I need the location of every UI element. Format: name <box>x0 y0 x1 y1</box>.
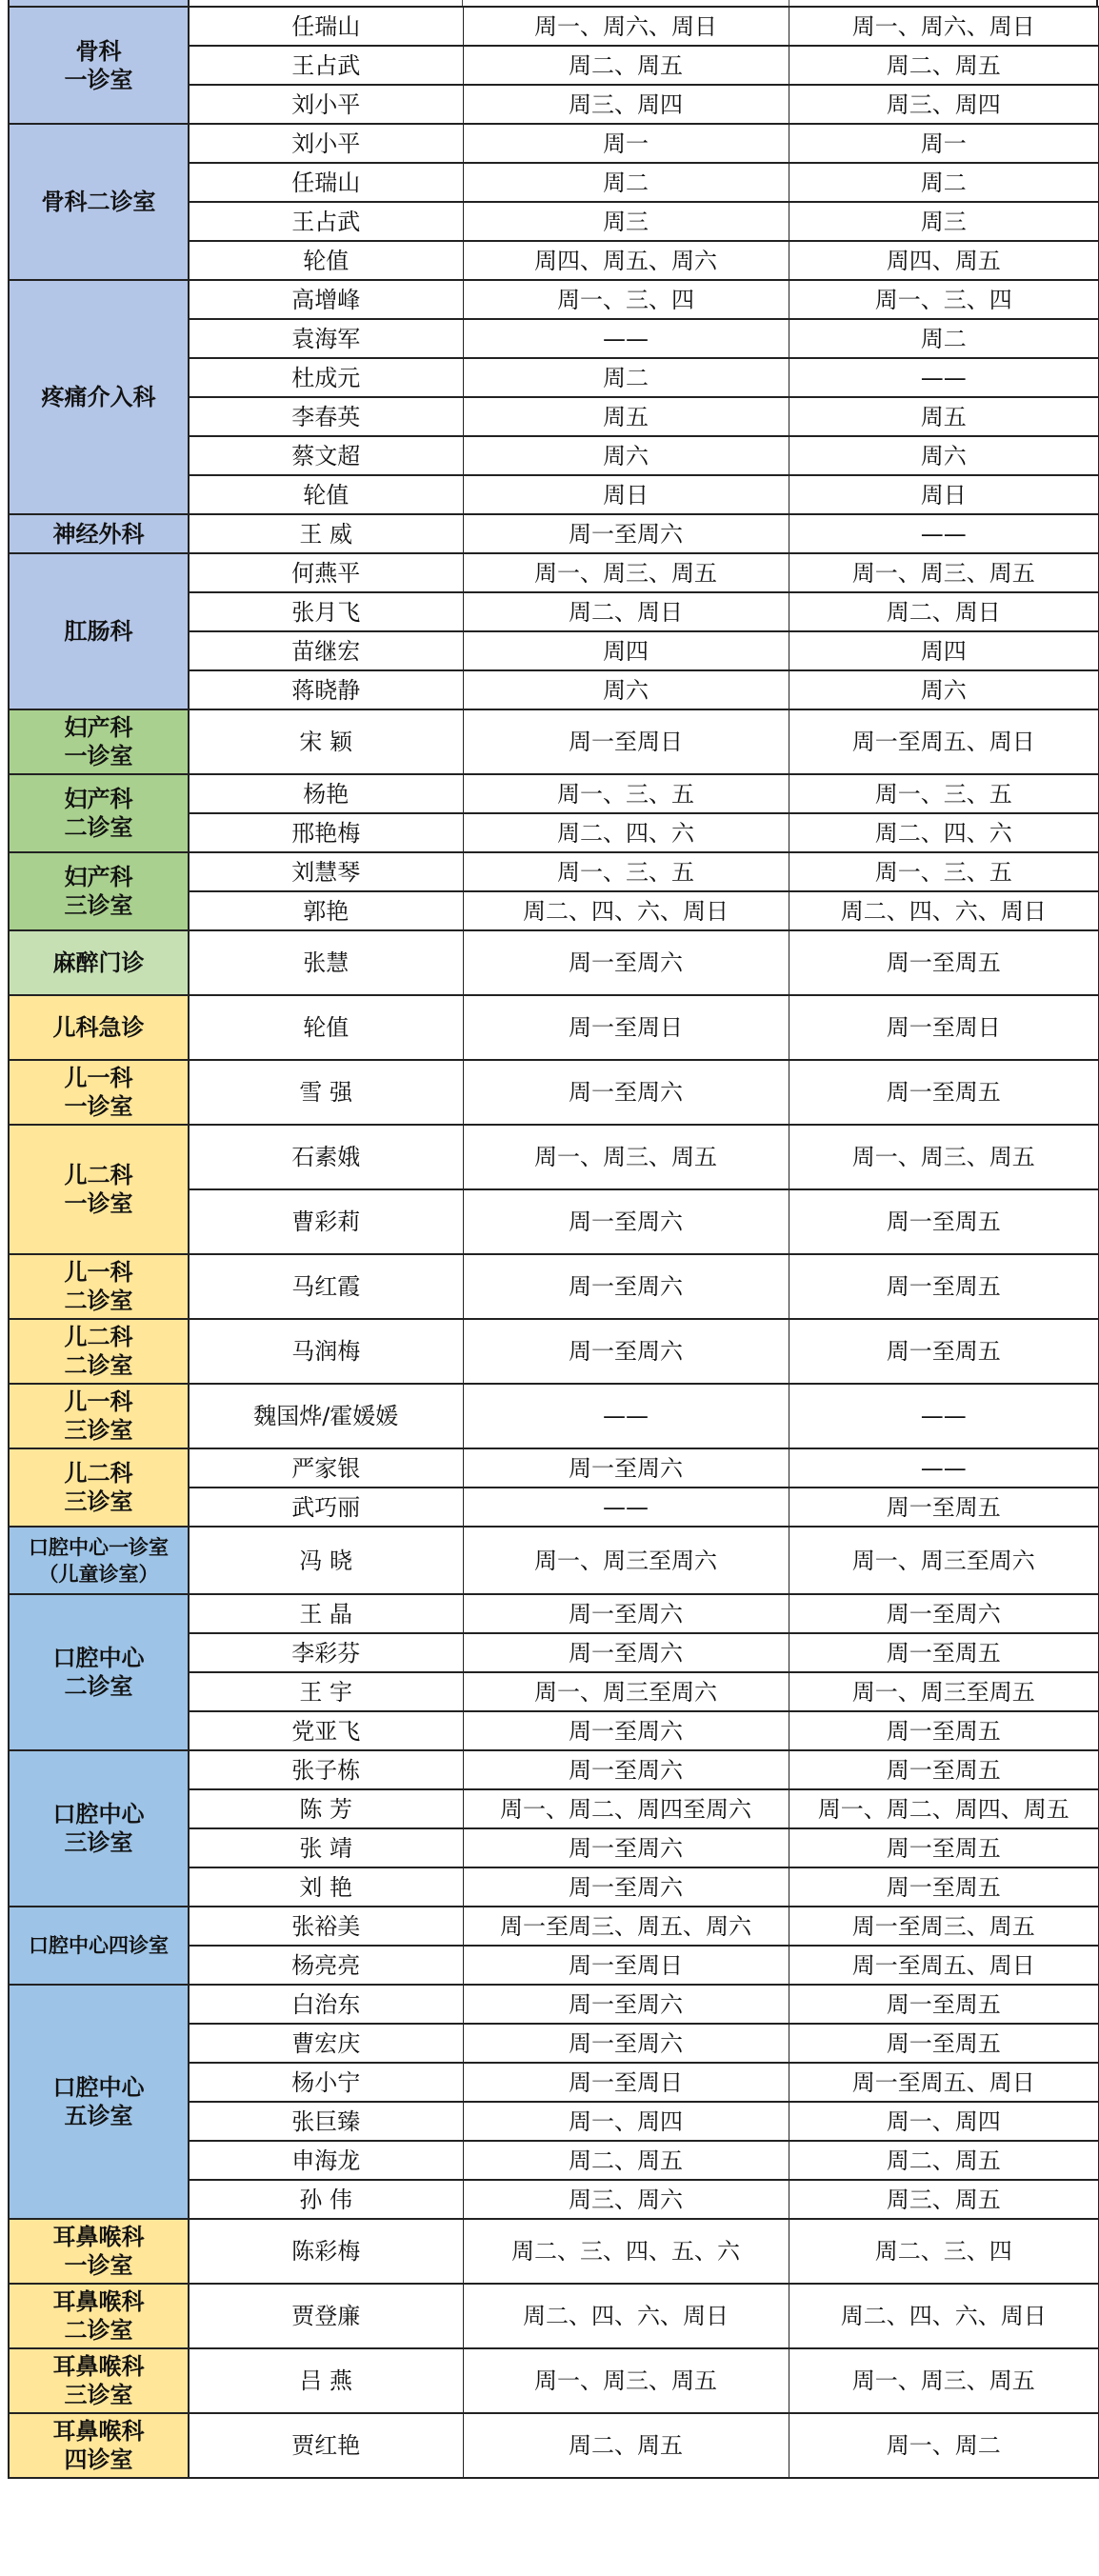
schedule-a-cell: —— <box>463 1488 789 1527</box>
doctor-name-cell: 杨小宁 <box>189 2063 463 2102</box>
schedule-a-cell: 周一、周二、周四至周六 <box>463 1789 789 1828</box>
schedule-a-cell: 周二、周五 <box>463 2141 789 2180</box>
table-row: 耳鼻喉科 一诊室陈彩梅周二、三、四、五、六周二、三、四 <box>9 2219 1099 2284</box>
doctor-name-cell: 郭艳 <box>189 891 463 930</box>
schedule-a-cell: 周二、三、四、五、六 <box>463 2219 789 2284</box>
department-cell: 妇产科 三诊室 <box>9 852 189 930</box>
doctor-name-cell: 贾红艳 <box>189 2413 463 2478</box>
doctor-name-cell: 马润梅 <box>189 1319 463 1384</box>
schedule-b-cell: 周一、周三、周五 <box>789 2348 1099 2413</box>
doctor-name-cell: 刘慧琴 <box>189 852 463 891</box>
schedule-a-cell: 周一至周六 <box>463 1985 789 2024</box>
doctor-name-cell: 王 晶 <box>189 1594 463 1633</box>
department-cell: 儿一科 一诊室 <box>9 1060 189 1125</box>
doctor-name-cell: 王 宇 <box>189 1672 463 1711</box>
schedule-b-cell: 周一、周四 <box>789 2102 1099 2141</box>
schedule-a-cell: 周一至周日 <box>463 709 789 774</box>
schedule-a-cell: 周一至周六 <box>463 1594 789 1633</box>
schedule-b-cell: 周一、周六、周日 <box>789 7 1099 46</box>
doctor-name-cell: 宋 颖 <box>189 709 463 774</box>
table-row: 口腔中心一诊室 （儿童诊室）冯 晓周一、周三至周六周一、周三至周六 <box>9 1527 1099 1594</box>
doctor-name-cell: 蔡文超 <box>189 436 463 475</box>
schedule-a-cell: 周六 <box>463 436 789 475</box>
doctor-name-cell: 王占武 <box>189 202 463 241</box>
schedule-a-cell: 周六 <box>463 670 789 709</box>
schedule-b-cell: 周一至周五、周日 <box>789 1946 1099 1985</box>
department-cell: 儿二科 二诊室 <box>9 1319 189 1384</box>
schedule-a-cell: 周一至周六 <box>463 930 789 995</box>
doctor-name-cell: 杨亮亮 <box>189 1946 463 1985</box>
schedule-a-cell: 周一、三、五 <box>463 852 789 891</box>
schedule-a-cell: 周一、周三、周五 <box>463 553 789 592</box>
department-cell: 儿一科 三诊室 <box>9 1384 189 1448</box>
schedule-b-cell: 周一至周五 <box>789 1060 1099 1125</box>
doctor-name-cell: 张月飞 <box>189 592 463 631</box>
schedule-b-cell: 周一至周五 <box>789 1750 1099 1789</box>
schedule-b-cell: 周二、四、六 <box>789 813 1099 852</box>
schedule-a-cell: 周一至周日 <box>463 995 789 1060</box>
schedule-a-cell: 周一至周六 <box>463 514 789 553</box>
schedule-a-cell: 周一、三、五 <box>463 774 789 813</box>
schedule-a-cell: 周二、周日 <box>463 592 789 631</box>
department-cell: 耳鼻喉科 三诊室 <box>9 2348 189 2413</box>
schedule-b-cell: 周一至周五 <box>789 1189 1099 1254</box>
schedule-b-cell: 周一至周五 <box>789 1867 1099 1907</box>
table-row: 儿一科 二诊室马红霞周一至周六周一至周五 <box>9 1254 1099 1319</box>
table-row: 口腔中心 二诊室王 晶周一至周六周一至周六 <box>9 1594 1099 1633</box>
schedule-b-cell: 周一至周六 <box>789 1594 1099 1633</box>
schedule-a-cell: 周二 <box>463 358 789 397</box>
schedule-b-cell: 周日 <box>789 475 1099 514</box>
department-cell: 儿二科 三诊室 <box>9 1448 189 1527</box>
department-cell: 口腔中心 三诊室 <box>9 1750 189 1907</box>
table-row: 儿二科 三诊室严家银周一至周六—— <box>9 1448 1099 1488</box>
schedule-a-cell: —— <box>463 1384 789 1448</box>
doctor-name-cell: 张慧 <box>189 930 463 995</box>
doctor-name-cell: 任瑞山 <box>189 163 463 202</box>
doctor-name-cell: 党亚飞 <box>189 1711 463 1750</box>
department-cell: 儿科急诊 <box>9 995 189 1060</box>
table-row: 儿一科 一诊室雪 强周一至周六周一至周五 <box>9 1060 1099 1125</box>
schedule-b-cell: 周六 <box>789 436 1099 475</box>
doctor-name-cell: 刘小平 <box>189 85 463 124</box>
table-row: 儿二科 二诊室马润梅周一至周六周一至周五 <box>9 1319 1099 1384</box>
department-cell: 麻醉门诊 <box>9 930 189 995</box>
schedule-a-cell: 周一、三、四 <box>463 280 789 319</box>
schedule-a-cell: 周一、周三、周五 <box>463 2348 789 2413</box>
schedule-a-cell: 周一至周六 <box>463 1633 789 1672</box>
table-row: 耳鼻喉科 二诊室贾登廉周二、四、六、周日周二、四、六、周日 <box>9 2284 1099 2348</box>
doctor-name-cell: 陈彩梅 <box>189 2219 463 2284</box>
schedule-b-cell: 周一至周五、周日 <box>789 2063 1099 2102</box>
doctor-name-cell: 张巨臻 <box>189 2102 463 2141</box>
schedule-b-cell: 周六 <box>789 670 1099 709</box>
schedule-a-cell: 周一 <box>463 124 789 163</box>
doctor-name-cell: 张裕美 <box>189 1907 463 1946</box>
schedule-a-cell: 周一至周日 <box>463 1946 789 1985</box>
doctor-name-cell: 轮值 <box>189 475 463 514</box>
schedule-b-cell: 周四 <box>789 631 1099 670</box>
schedule-b-cell: 周一至周五、周日 <box>789 709 1099 774</box>
doctor-name-cell: 李春英 <box>189 397 463 436</box>
doctor-name-cell: 苗继宏 <box>189 631 463 670</box>
schedule-b-cell: —— <box>789 514 1099 553</box>
schedule-a-cell: 周一至周六 <box>463 1711 789 1750</box>
schedule-b-cell: 周四、周五 <box>789 241 1099 280</box>
schedule-a-cell: 周一至周六 <box>463 1750 789 1789</box>
table-row: 神经外科王 威周一至周六—— <box>9 514 1099 553</box>
schedule-b-cell: —— <box>789 1448 1099 1488</box>
schedule-a-cell: 周一、周三、周五 <box>463 1125 789 1189</box>
table-row: 妇产科 三诊室刘慧琴周一、三、五周一、三、五 <box>9 852 1099 891</box>
table-row: 妇产科 二诊室杨艳周一、三、五周一、三、五 <box>9 774 1099 813</box>
department-cell: 耳鼻喉科 一诊室 <box>9 2219 189 2284</box>
doctor-name-cell: 石素娥 <box>189 1125 463 1189</box>
schedule-a-cell: 周一、周三至周六 <box>463 1527 789 1594</box>
department-cell: 口腔中心四诊室 <box>9 1907 189 1985</box>
schedule-a-cell: 周一至周六 <box>463 1189 789 1254</box>
schedule-a-cell: 周一至周六 <box>463 1254 789 1319</box>
schedule-b-cell: 周一、三、五 <box>789 774 1099 813</box>
schedule-b-cell: 周一、三、四 <box>789 280 1099 319</box>
schedule-a-cell: 周三、周六 <box>463 2180 789 2219</box>
doctor-name-cell: 王 威 <box>189 514 463 553</box>
schedule-a-cell: 周一至周六 <box>463 1828 789 1867</box>
schedule-b-cell: 周一至周五 <box>789 1319 1099 1384</box>
table-row: 耳鼻喉科 四诊室贾红艳周二、周五周一、周二 <box>9 2413 1099 2478</box>
department-cell: 口腔中心 五诊室 <box>9 1985 189 2219</box>
table-row: 骨科二诊室刘小平周一周一 <box>9 124 1099 163</box>
doctor-name-cell: 袁海军 <box>189 319 463 358</box>
schedule-b-cell: 周二、周日 <box>789 592 1099 631</box>
schedule-b-cell: —— <box>789 358 1099 397</box>
doctor-name-cell: 邢艳梅 <box>189 813 463 852</box>
doctor-name-cell: 冯 晓 <box>189 1527 463 1594</box>
schedule-b-cell: 周三、周四 <box>789 85 1099 124</box>
schedule-a-cell: 周三、周四 <box>463 85 789 124</box>
schedule-a-cell: 周一、周三至周六 <box>463 1672 789 1711</box>
doctor-name-cell: 白治东 <box>189 1985 463 2024</box>
schedule-a-cell: 周一至周三、周五、周六 <box>463 1907 789 1946</box>
department-cell: 耳鼻喉科 四诊室 <box>9 2413 189 2478</box>
table-row: 耳鼻喉科 三诊室吕 燕周一、周三、周五周一、周三、周五 <box>9 2348 1099 2413</box>
schedule-a-cell: 周一至周六 <box>463 1319 789 1384</box>
doctor-name-cell: 马红霞 <box>189 1254 463 1319</box>
schedule-b-cell: 周二、三、四 <box>789 2219 1099 2284</box>
department-cell: 骨科二诊室 <box>9 124 189 280</box>
schedule-a-cell: 周四 <box>463 631 789 670</box>
doctor-name-cell: 李彩芬 <box>189 1633 463 1672</box>
department-cell: 妇产科 一诊室 <box>9 709 189 774</box>
schedule-b-cell: 周一至周五 <box>789 1828 1099 1867</box>
table-row: 儿二科 一诊室石素娥周一、周三、周五周一、周三、周五 <box>9 1125 1099 1189</box>
schedule-b-cell: 周一 <box>789 124 1099 163</box>
schedule-b-cell: 周一至周五 <box>789 2024 1099 2063</box>
table-row: 疼痛介入科高增峰周一、三、四周一、三、四 <box>9 280 1099 319</box>
schedule-a-cell: 周一、周四 <box>463 2102 789 2141</box>
schedule-b-cell: 周三 <box>789 202 1099 241</box>
department-cell: 神经外科 <box>9 514 189 553</box>
department-cell: 口腔中心一诊室 （儿童诊室） <box>9 1527 189 1594</box>
schedule-b-cell: 周一、周三至周五 <box>789 1672 1099 1711</box>
department-cell: 疼痛介入科 <box>9 280 189 514</box>
schedule-a-cell: 周二、四、六、周日 <box>463 891 789 930</box>
department-cell: 耳鼻喉科 二诊室 <box>9 2284 189 2348</box>
schedule-b-cell: 周二、四、六、周日 <box>789 891 1099 930</box>
doctor-name-cell: 孙 伟 <box>189 2180 463 2219</box>
department-cell: 儿二科 一诊室 <box>9 1125 189 1254</box>
schedule-b-cell: 周二、四、六、周日 <box>789 2284 1099 2348</box>
schedule-b-cell: 周二、周五 <box>789 46 1099 85</box>
table-row: 儿一科 三诊室魏国烨/霍媛媛———— <box>9 1384 1099 1448</box>
doctor-name-cell: 严家银 <box>189 1448 463 1488</box>
schedule-b-cell: 周一至周日 <box>789 995 1099 1060</box>
doctor-name-cell: 何燕平 <box>189 553 463 592</box>
schedule-b-cell: 周一、周二、周四、周五 <box>789 1789 1099 1828</box>
schedule-a-cell: 周五 <box>463 397 789 436</box>
table-row: 儿科急诊轮值周一至周日周一至周日 <box>9 995 1099 1060</box>
schedule-b-cell: 周一、周三、周五 <box>789 1125 1099 1189</box>
doctor-name-cell: 高增峰 <box>189 280 463 319</box>
schedule-a-cell: 周一至周日 <box>463 2063 789 2102</box>
doctor-name-cell: 吕 燕 <box>189 2348 463 2413</box>
schedule-a-cell: 周三 <box>463 202 789 241</box>
doctor-name-cell: 武巧丽 <box>189 1488 463 1527</box>
table-row: 口腔中心 五诊室白治东周一至周六周一至周五 <box>9 1985 1099 2024</box>
schedule-b-cell: —— <box>789 1384 1099 1448</box>
table-row: 肛肠科何燕平周一、周三、周五周一、周三、周五 <box>9 553 1099 592</box>
schedule-a-cell: 周一至周六 <box>463 1867 789 1907</box>
schedule-b-cell: 周三、周五 <box>789 2180 1099 2219</box>
schedule-b-cell: 周一、周三至周六 <box>789 1527 1099 1594</box>
doctor-name-cell: 张 靖 <box>189 1828 463 1867</box>
doctor-name-cell: 魏国烨/霍媛媛 <box>189 1384 463 1448</box>
schedule-b-cell: 周一至周五 <box>789 930 1099 995</box>
schedule-b-cell: 周一至周三、周五 <box>789 1907 1099 1946</box>
table-row: 骨科 一诊室任瑞山周一、周六、周日周一、周六、周日 <box>9 7 1099 46</box>
table-row: 妇产科 一诊室宋 颖周一至周日周一至周五、周日 <box>9 709 1099 774</box>
doctor-name-cell: 轮值 <box>189 241 463 280</box>
schedule-b-cell: 周一、周二 <box>789 2413 1099 2478</box>
schedule-a-cell: 周一、周六、周日 <box>463 7 789 46</box>
clinic-schedule-table: 骨科 一诊室任瑞山周一、周六、周日周一、周六、周日王占武周二、周五周二、周五刘小… <box>8 6 1099 2479</box>
department-cell: 儿一科 二诊室 <box>9 1254 189 1319</box>
doctor-name-cell: 任瑞山 <box>189 7 463 46</box>
doctor-name-cell: 蒋晓静 <box>189 670 463 709</box>
doctor-name-cell: 杜成元 <box>189 358 463 397</box>
schedule-body: 骨科 一诊室任瑞山周一、周六、周日周一、周六、周日王占武周二、周五周二、周五刘小… <box>9 7 1099 2478</box>
doctor-name-cell: 曹宏庆 <box>189 2024 463 2063</box>
doctor-name-cell: 贾登廉 <box>189 2284 463 2348</box>
schedule-b-cell: 周五 <box>789 397 1099 436</box>
schedule-b-cell: 周二、周五 <box>789 2141 1099 2180</box>
doctor-name-cell: 雪 强 <box>189 1060 463 1125</box>
schedule-b-cell: 周一至周五 <box>789 1711 1099 1750</box>
department-cell: 肛肠科 <box>9 553 189 709</box>
doctor-name-cell: 刘小平 <box>189 124 463 163</box>
schedule-a-cell: 周二 <box>463 163 789 202</box>
schedule-b-cell: 周二 <box>789 319 1099 358</box>
schedule-a-cell: 周四、周五、周六 <box>463 241 789 280</box>
schedule-a-cell: 周二、四、六 <box>463 813 789 852</box>
schedule-a-cell: —— <box>463 319 789 358</box>
schedule-a-cell: 周日 <box>463 475 789 514</box>
doctor-name-cell: 曹彩莉 <box>189 1189 463 1254</box>
schedule-b-cell: 周一至周五 <box>789 1633 1099 1672</box>
schedule-a-cell: 周一至周六 <box>463 1448 789 1488</box>
doctor-name-cell: 陈 芳 <box>189 1789 463 1828</box>
doctor-name-cell: 刘 艳 <box>189 1867 463 1907</box>
schedule-b-cell: 周一、三、五 <box>789 852 1099 891</box>
doctor-name-cell: 张子栋 <box>189 1750 463 1789</box>
doctor-name-cell: 申海龙 <box>189 2141 463 2180</box>
doctor-name-cell: 杨艳 <box>189 774 463 813</box>
doctor-name-cell: 王占武 <box>189 46 463 85</box>
schedule-a-cell: 周二、周五 <box>463 2413 789 2478</box>
table-row: 口腔中心 三诊室张子栋周一至周六周一至周五 <box>9 1750 1099 1789</box>
schedule-a-cell: 周二、四、六、周日 <box>463 2284 789 2348</box>
department-cell: 妇产科 二诊室 <box>9 774 189 852</box>
schedule-a-cell: 周一至周六 <box>463 1060 789 1125</box>
schedule-b-cell: 周二 <box>789 163 1099 202</box>
schedule-b-cell: 周一至周五 <box>789 1985 1099 2024</box>
schedule-a-cell: 周二、周五 <box>463 46 789 85</box>
schedule-b-cell: 周一至周五 <box>789 1254 1099 1319</box>
department-cell: 口腔中心 二诊室 <box>9 1594 189 1750</box>
schedule-b-cell: 周一至周五 <box>789 1488 1099 1527</box>
schedule-b-cell: 周一、周三、周五 <box>789 553 1099 592</box>
schedule-a-cell: 周一至周六 <box>463 2024 789 2063</box>
doctor-name-cell: 轮值 <box>189 995 463 1060</box>
table-row: 麻醉门诊张慧周一至周六周一至周五 <box>9 930 1099 995</box>
table-row: 口腔中心四诊室张裕美周一至周三、周五、周六周一至周三、周五 <box>9 1907 1099 1946</box>
department-cell: 骨科 一诊室 <box>9 7 189 124</box>
